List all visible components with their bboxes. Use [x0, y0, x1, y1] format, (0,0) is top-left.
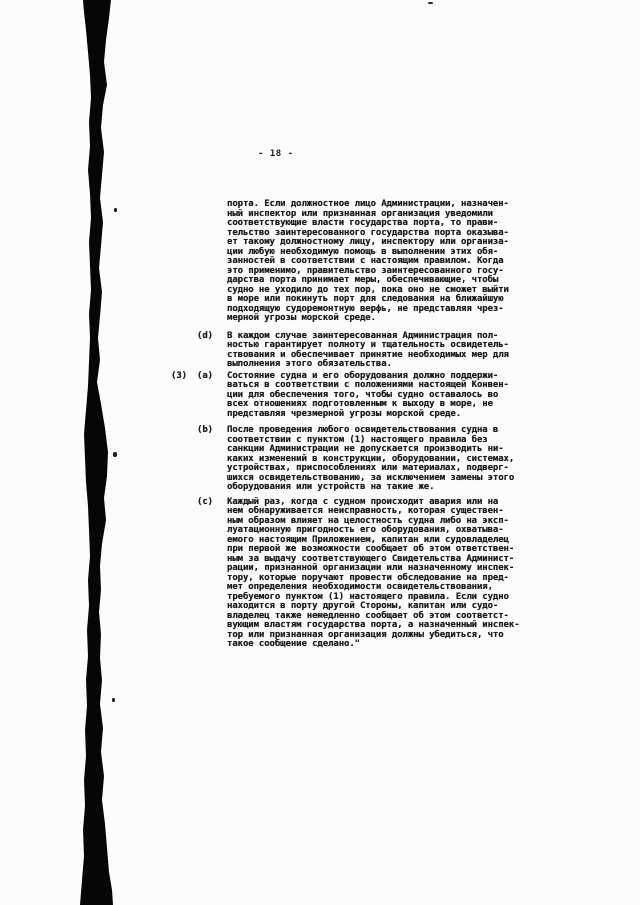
paragraph-letter-label: (b) — [197, 426, 227, 436]
document-page: - 18 - порта. Если должностное лицо Адми… — [0, 0, 640, 905]
paragraph-text: После проведения любого освидетельствова… — [227, 426, 527, 493]
paragraph-3: (b)После проведения любого освидетельств… — [171, 426, 527, 493]
scan-speck — [112, 698, 115, 702]
text-line: мерной угрозы морской среде. — [227, 314, 527, 324]
scan-speck — [428, 2, 433, 4]
paragraph-letter-label: (a) — [197, 372, 227, 382]
paragraph-number-label: (3) — [171, 372, 197, 382]
paragraph-text: Каждый раз, когда с судном происходит ав… — [227, 498, 527, 650]
paragraph-letter-label: (c) — [197, 498, 227, 508]
paragraph-text: Состояние судна и его оборудования должн… — [227, 372, 527, 420]
paragraph-text: порта. Если должностное лицо Администрац… — [227, 200, 527, 324]
paragraph-text: В каждом случае заинтересованная Админис… — [227, 332, 527, 370]
scan-speck — [114, 208, 117, 212]
text-line: выполнения этого обязательства. — [227, 360, 527, 370]
text-line: такое сообщение сделано." — [227, 640, 527, 650]
paragraph-4: (c)Каждый раз, когда с судном происходит… — [171, 498, 527, 650]
document-body: порта. Если должностное лицо Администрац… — [171, 200, 527, 650]
paragraph-2: (3)(a)Состояние судна и его оборудования… — [171, 372, 527, 420]
paragraph-letter-label: (d) — [197, 332, 227, 342]
scan-speck — [113, 452, 117, 457]
paragraph-1: (d)В каждом случае заинтересованная Адми… — [171, 332, 527, 370]
paragraph-0: порта. Если должностное лицо Администрац… — [171, 200, 527, 324]
text-line: представляя чрезмерной угрозы морской ср… — [227, 410, 527, 420]
text-line: оборудования или устройств на такие же. — [227, 483, 527, 493]
page-number: - 18 - — [258, 149, 294, 159]
